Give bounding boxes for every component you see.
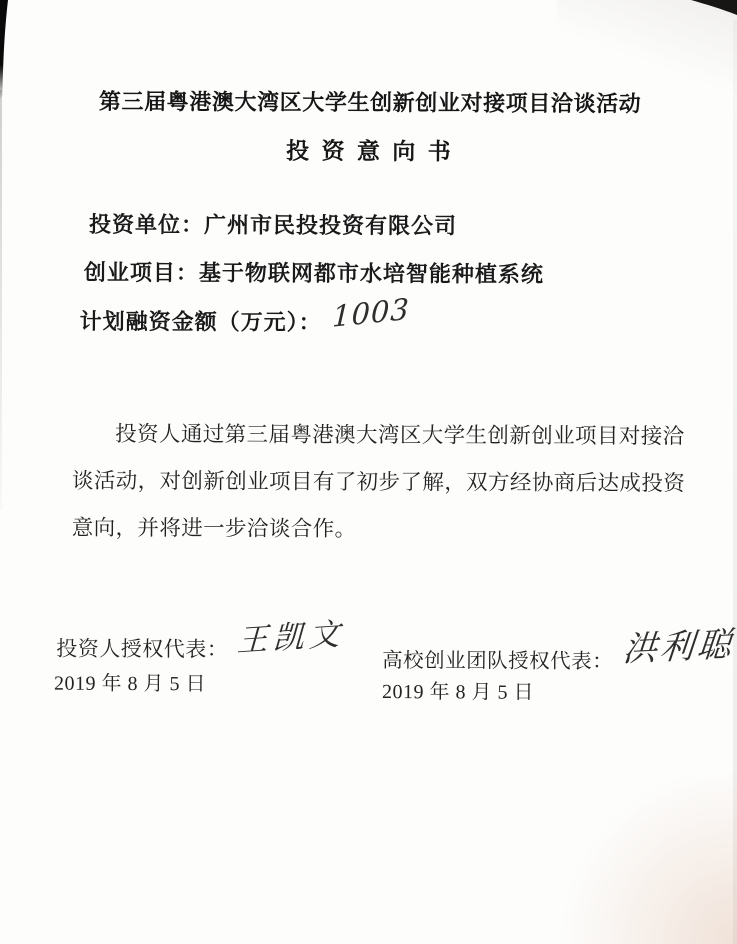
investor-signature-handwriting: 王凯文 (236, 608, 346, 660)
field-venture-project-label: 创业项目： (84, 260, 199, 286)
body-paragraph-line: 投资人通过第三届粤港澳大湾区大学生创新创业项目对接洽 (72, 411, 672, 461)
field-investor-unit-label: 投资单位： (89, 212, 204, 238)
body-paragraph-line: 谈活动，对创新创业项目有了初步了解，双方经协商后达成投资 (72, 458, 672, 508)
document-subtitle: 投 资 意 向 书 (1, 131, 737, 167)
scanned-document-page: 第三届粤港澳大湾区大学生创新创业对接项目洽谈活动 投 资 意 向 书 投资单位：… (0, 0, 737, 944)
field-venture-project-value: 基于物联网都市水培智能种植系统 (199, 260, 544, 287)
funding-amount-handwritten-value: 1003 (332, 292, 411, 334)
document-title: 第三届粤港澳大湾区大学生创新创业对接项目洽谈活动 (2, 84, 737, 118)
team-representative-row: 高校创业团队授权代表：洪利聪 (382, 628, 732, 679)
field-funding-amount: 计划融资金额（万元）：1003 (80, 302, 410, 337)
investor-representative-row: 投资人授权代表：王凯文 (56, 620, 344, 666)
investor-signature-date: 2019 年 8 月 5 日 (54, 667, 206, 697)
body-paragraph: 投资人通过第三届粤港澳大湾区大学生创新创业项目对接洽 谈活动，对创新创业项目有了… (72, 411, 673, 555)
investor-representative-label: 投资人授权代表： (56, 637, 228, 662)
team-signature-date: 2019 年 8 月 5 日 (382, 675, 534, 705)
field-investor-unit-value: 广州市民投投资有限公司 (204, 212, 457, 238)
body-paragraph-line: 意向，并将进一步洽谈合作。 (72, 505, 672, 555)
team-signature-handwriting: 洪利聪 (621, 617, 736, 672)
field-venture-project: 创业项目：基于物联网都市水培智能种植系统 (84, 256, 544, 289)
document-content: 第三届粤港澳大湾区大学生创新创业对接项目洽谈活动 投 资 意 向 书 投资单位：… (0, 0, 737, 944)
team-representative-label: 高校创业团队授权代表： (382, 650, 613, 673)
field-investor-unit: 投资单位：广州市民投投资有限公司 (89, 208, 457, 241)
field-funding-amount-label: 计划融资金额（万元）： (80, 309, 322, 335)
